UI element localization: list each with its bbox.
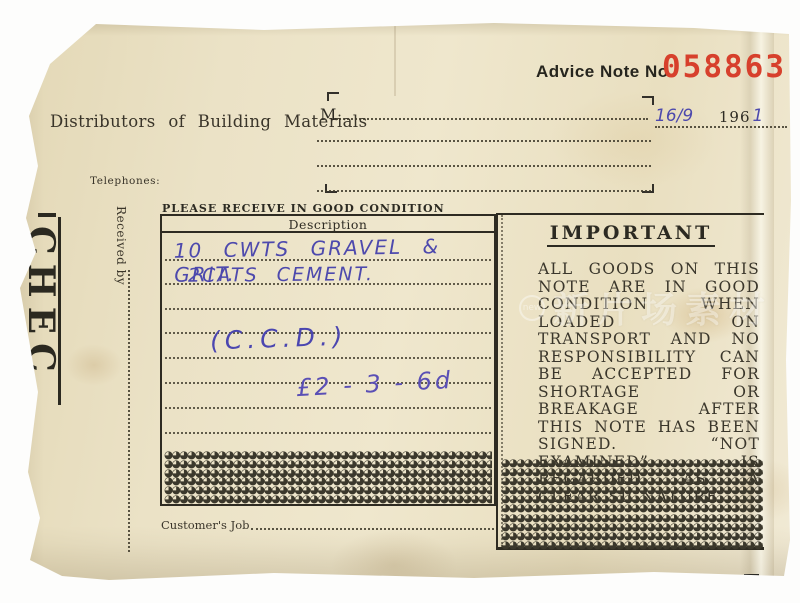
customers-job-dotted-line [251, 518, 494, 530]
address-bracket-top-left [327, 92, 339, 101]
address-line-1 [336, 104, 648, 120]
description-column-header: Description [162, 216, 494, 233]
advice-note-scan: Advice Note No. 058863 Distributors of B… [0, 0, 800, 603]
check-stamp-torn-mark [38, 213, 56, 217]
address-line-4 [317, 176, 651, 192]
description-box: Description 10 CWTS GRAVEL & GRIT. 2CATS… [160, 214, 496, 506]
ruled-line [165, 432, 491, 434]
ruled-line [165, 308, 491, 310]
handwritten-item-2: 2CATS CEMENT. [188, 263, 374, 287]
address-line-2 [317, 126, 651, 142]
advice-note-number: 058863 [662, 49, 786, 85]
received-by-dotted-line [128, 270, 130, 552]
ruled-line [165, 357, 491, 359]
customers-job-row: Customer's Job [161, 518, 494, 532]
customers-job-label: Customer's Job [161, 518, 249, 532]
address-line-3 [317, 151, 651, 167]
telephones-label: Telephones: [90, 175, 160, 187]
important-title: IMPORTANT [547, 222, 716, 247]
printed-ornament-band: ◕◕◕◕◕◕◕◕◕◕◕◕◕◕◕◕◕◕◕◕◕◕◕◕◕◕◕◕◕◕◕◕◕◕◕◕◕◕◕◕… [501, 459, 763, 550]
received-by-label: Received by [114, 206, 128, 285]
addressee-prefix: M [320, 105, 336, 124]
advice-note-label: Advice Note No. [536, 62, 674, 82]
date-year-printed: 196 [717, 108, 753, 126]
check-stamp-rule [58, 217, 61, 405]
bottom-right-print-mark [744, 574, 759, 577]
paper-sheet: Advice Note No. 058863 Distributors of B… [14, 20, 792, 586]
handwritten-note: (C.C.D.) [210, 322, 348, 356]
date-line: 16/9 196 1 [655, 106, 787, 128]
check-stamp: CHEC [20, 226, 62, 416]
ruled-line [165, 407, 491, 409]
handwritten-price: £2 - 3 - 6d [295, 366, 453, 402]
date-day-handwritten: 16/9 [655, 106, 693, 126]
paper-crease-top [394, 26, 396, 96]
printed-ornament-band: ◕◕◕◕◕◕◕◕◕◕◕◕◕◕◕◕◕◕◕◕◕◕◕◕◕◕◕◕◕◕◕◕◕◕◕◕◕◕◕◕… [164, 451, 492, 504]
date-year-suffix-handwritten: 1 [753, 106, 764, 126]
important-panel: IMPORTANT ALL GOODS ON THIS NOTE ARE IN … [496, 213, 764, 550]
